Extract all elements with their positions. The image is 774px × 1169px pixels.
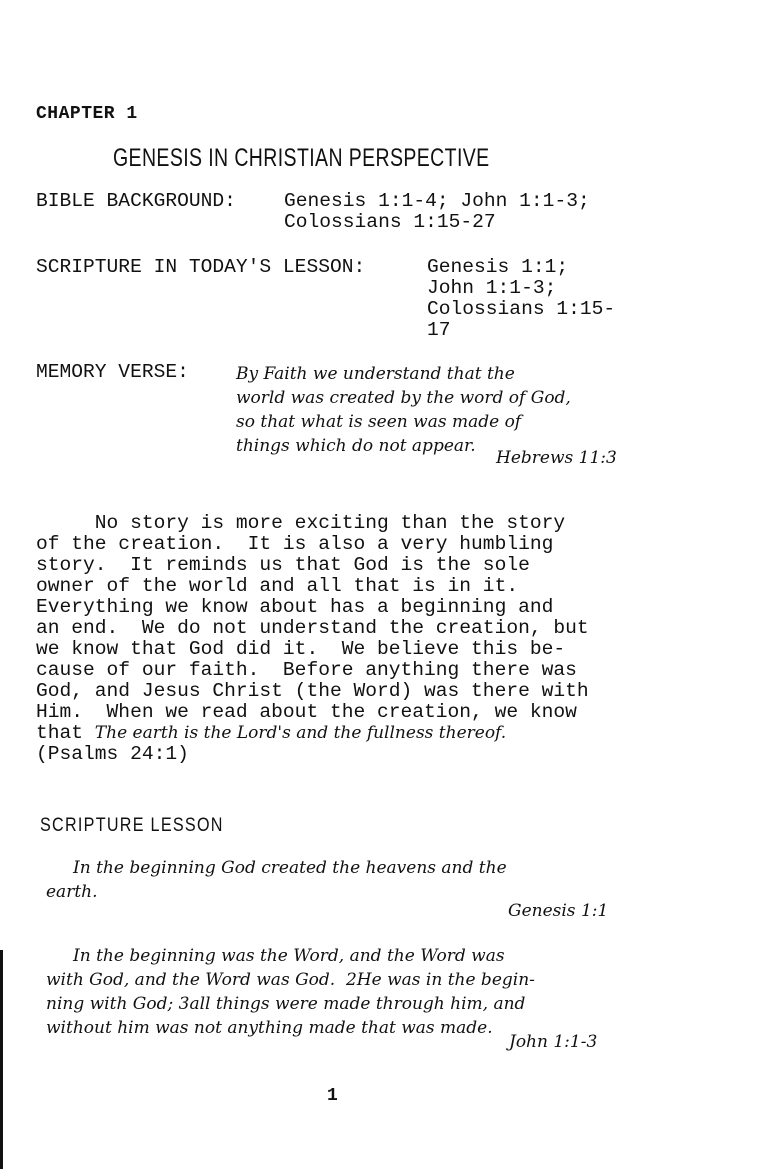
scan-edge-line [0,950,3,1169]
intro-body: No story is more exciting than the story… [36,512,589,744]
intro-paragraph: No story is more exciting than the story… [36,513,589,765]
scripture-lesson-heading: SCRIPTURE LESSON [40,815,224,837]
bible-background-label: BIBLE BACKGROUND: [36,191,236,212]
intro-quote: The earth is the Lord's and the fullness… [95,723,506,743]
scripture-reference-genesis: Genesis 1:1 [508,899,608,923]
chapter-label: CHAPTER 1 [36,104,138,125]
scripture-in-todays-lesson-value: Genesis 1:1; John 1:1-3; Colossians 1:15… [427,257,615,341]
scripture-passage-john: In the beginning was the Word, and the W… [46,944,535,1040]
chapter-title: GENESIS IN CHRISTIAN PERSPECTIVE [113,143,490,173]
scripture-in-todays-lesson-label: SCRIPTURE IN TODAY'S LESSON: [36,257,365,278]
memory-verse-reference: Hebrews 11:3 [496,446,617,470]
page-number: 1 [327,1086,338,1107]
bible-background-value: Genesis 1:1-4; John 1:1-3; Colossians 1:… [284,191,590,233]
memory-verse-text: By Faith we understand that the world wa… [236,362,571,458]
scripture-reference-john: John 1:1-3 [509,1030,597,1054]
memory-verse-label: MEMORY VERSE: [36,362,189,383]
intro-citation: (Psalms 24:1) [36,743,189,765]
scripture-passage-genesis: In the beginning God created the heavens… [46,856,507,904]
